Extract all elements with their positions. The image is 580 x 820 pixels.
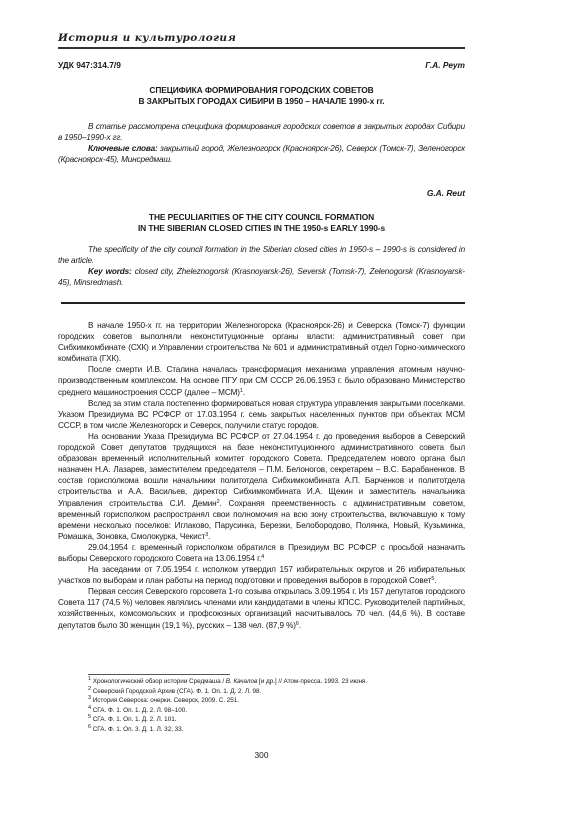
abstract-ru: В статье рассмотрена специфика формирова… (58, 121, 465, 165)
footnote-number: 3 (88, 695, 91, 701)
footnote-ref: 1 (240, 388, 243, 394)
body-paragraph: 29.04.1954 г. временный горисполком обра… (58, 542, 465, 564)
keywords-ru-label: Ключевые слова: (88, 144, 158, 153)
footnote-ref: 2 (217, 499, 220, 505)
body-paragraph: В начале 1950-х гг. на территории Железн… (58, 320, 465, 364)
body-paragraph: На заседании от 7.05.1954 г. исполком ут… (58, 564, 465, 586)
section-rule (61, 302, 465, 304)
body-paragraph: Первая сессия Северского горсовета 1-го … (58, 586, 465, 630)
article-body: В начале 1950-х гг. на территории Железн… (58, 320, 465, 631)
author-en: G.A. Reut (427, 188, 465, 198)
footnote-number: 4 (88, 705, 91, 711)
footnote-item: 3 История Северска: очерки. Северск, 200… (88, 696, 465, 706)
footnote-ref: 5 (431, 576, 434, 582)
footnote-number: 1 (88, 676, 91, 682)
abstract-en-text: The specificity of the city council form… (58, 244, 465, 266)
keywords-en-label: Key words: (88, 267, 132, 276)
footnote-ref: 3 (205, 532, 208, 538)
udk-code: УДК 947:314.7/9 (58, 60, 121, 70)
footnote-ref: 6 (296, 621, 299, 627)
title-en: THE PECULIARITIES OF THE CITY COUNCIL FO… (58, 212, 465, 234)
running-head: История и культурология (58, 32, 236, 44)
title-ru: СПЕЦИФИКА ФОРМИРОВАНИЯ ГОРОДСКИХ СОВЕТОВ… (58, 85, 465, 107)
author-ru: Г.А. Реут (425, 60, 465, 70)
title-en-line2: IN THE SIBERIAN CLOSED CITIES IN THE 195… (58, 223, 465, 234)
footnote-number: 5 (88, 714, 91, 720)
footnotes: 1 Хронологический обзор истории Средмаша… (88, 677, 465, 735)
keywords-en: Key words: closed city, Zheleznogorsk (K… (58, 266, 465, 288)
abstract-ru-text: В статье рассмотрена специфика формирова… (58, 121, 465, 143)
abstract-en: The specificity of the city council form… (58, 244, 465, 288)
footnote-item: 2 Северский Городской Архив (СГА). Ф. 1.… (88, 687, 465, 697)
footnote-rule (88, 674, 230, 675)
body-paragraph: На основании Указа Президиума ВС РСФСР о… (58, 431, 465, 542)
footnote-author: В. Качалов (226, 678, 258, 685)
footnote-ref: 4 (261, 554, 264, 560)
keywords-ru: Ключевые слова: закрытый город, Железног… (58, 143, 465, 165)
header-rule (58, 47, 465, 49)
footnote-item: 1 Хронологический обзор истории Средмаша… (88, 677, 465, 687)
page-number: 300 (58, 750, 465, 760)
title-en-line1: THE PECULIARITIES OF THE CITY COUNCIL FO… (58, 212, 465, 223)
body-paragraph: После смерти И.В. Сталина началась транс… (58, 364, 465, 397)
title-ru-line2: В ЗАКРЫТЫХ ГОРОДАХ СИБИРИ В 1950 – НАЧАЛ… (58, 96, 465, 107)
footnote-number: 2 (88, 686, 91, 692)
footnote-item: 4 СГА. Ф. 1. Оп. 1. Д. 2. Л. 98–100. (88, 706, 465, 716)
title-ru-line1: СПЕЦИФИКА ФОРМИРОВАНИЯ ГОРОДСКИХ СОВЕТОВ (58, 85, 465, 96)
footnote-number: 6 (88, 724, 91, 730)
footnote-item: 6 СГА. Ф. 1. Оп. 3. Д. 1. Л. 32, 33. (88, 725, 465, 735)
footnote-item: 5 СГА. Ф. 1. Оп. 1. Д. 2. Л. 101. (88, 715, 465, 725)
body-paragraph: Вслед за этим стала постепенно формирова… (58, 398, 465, 431)
